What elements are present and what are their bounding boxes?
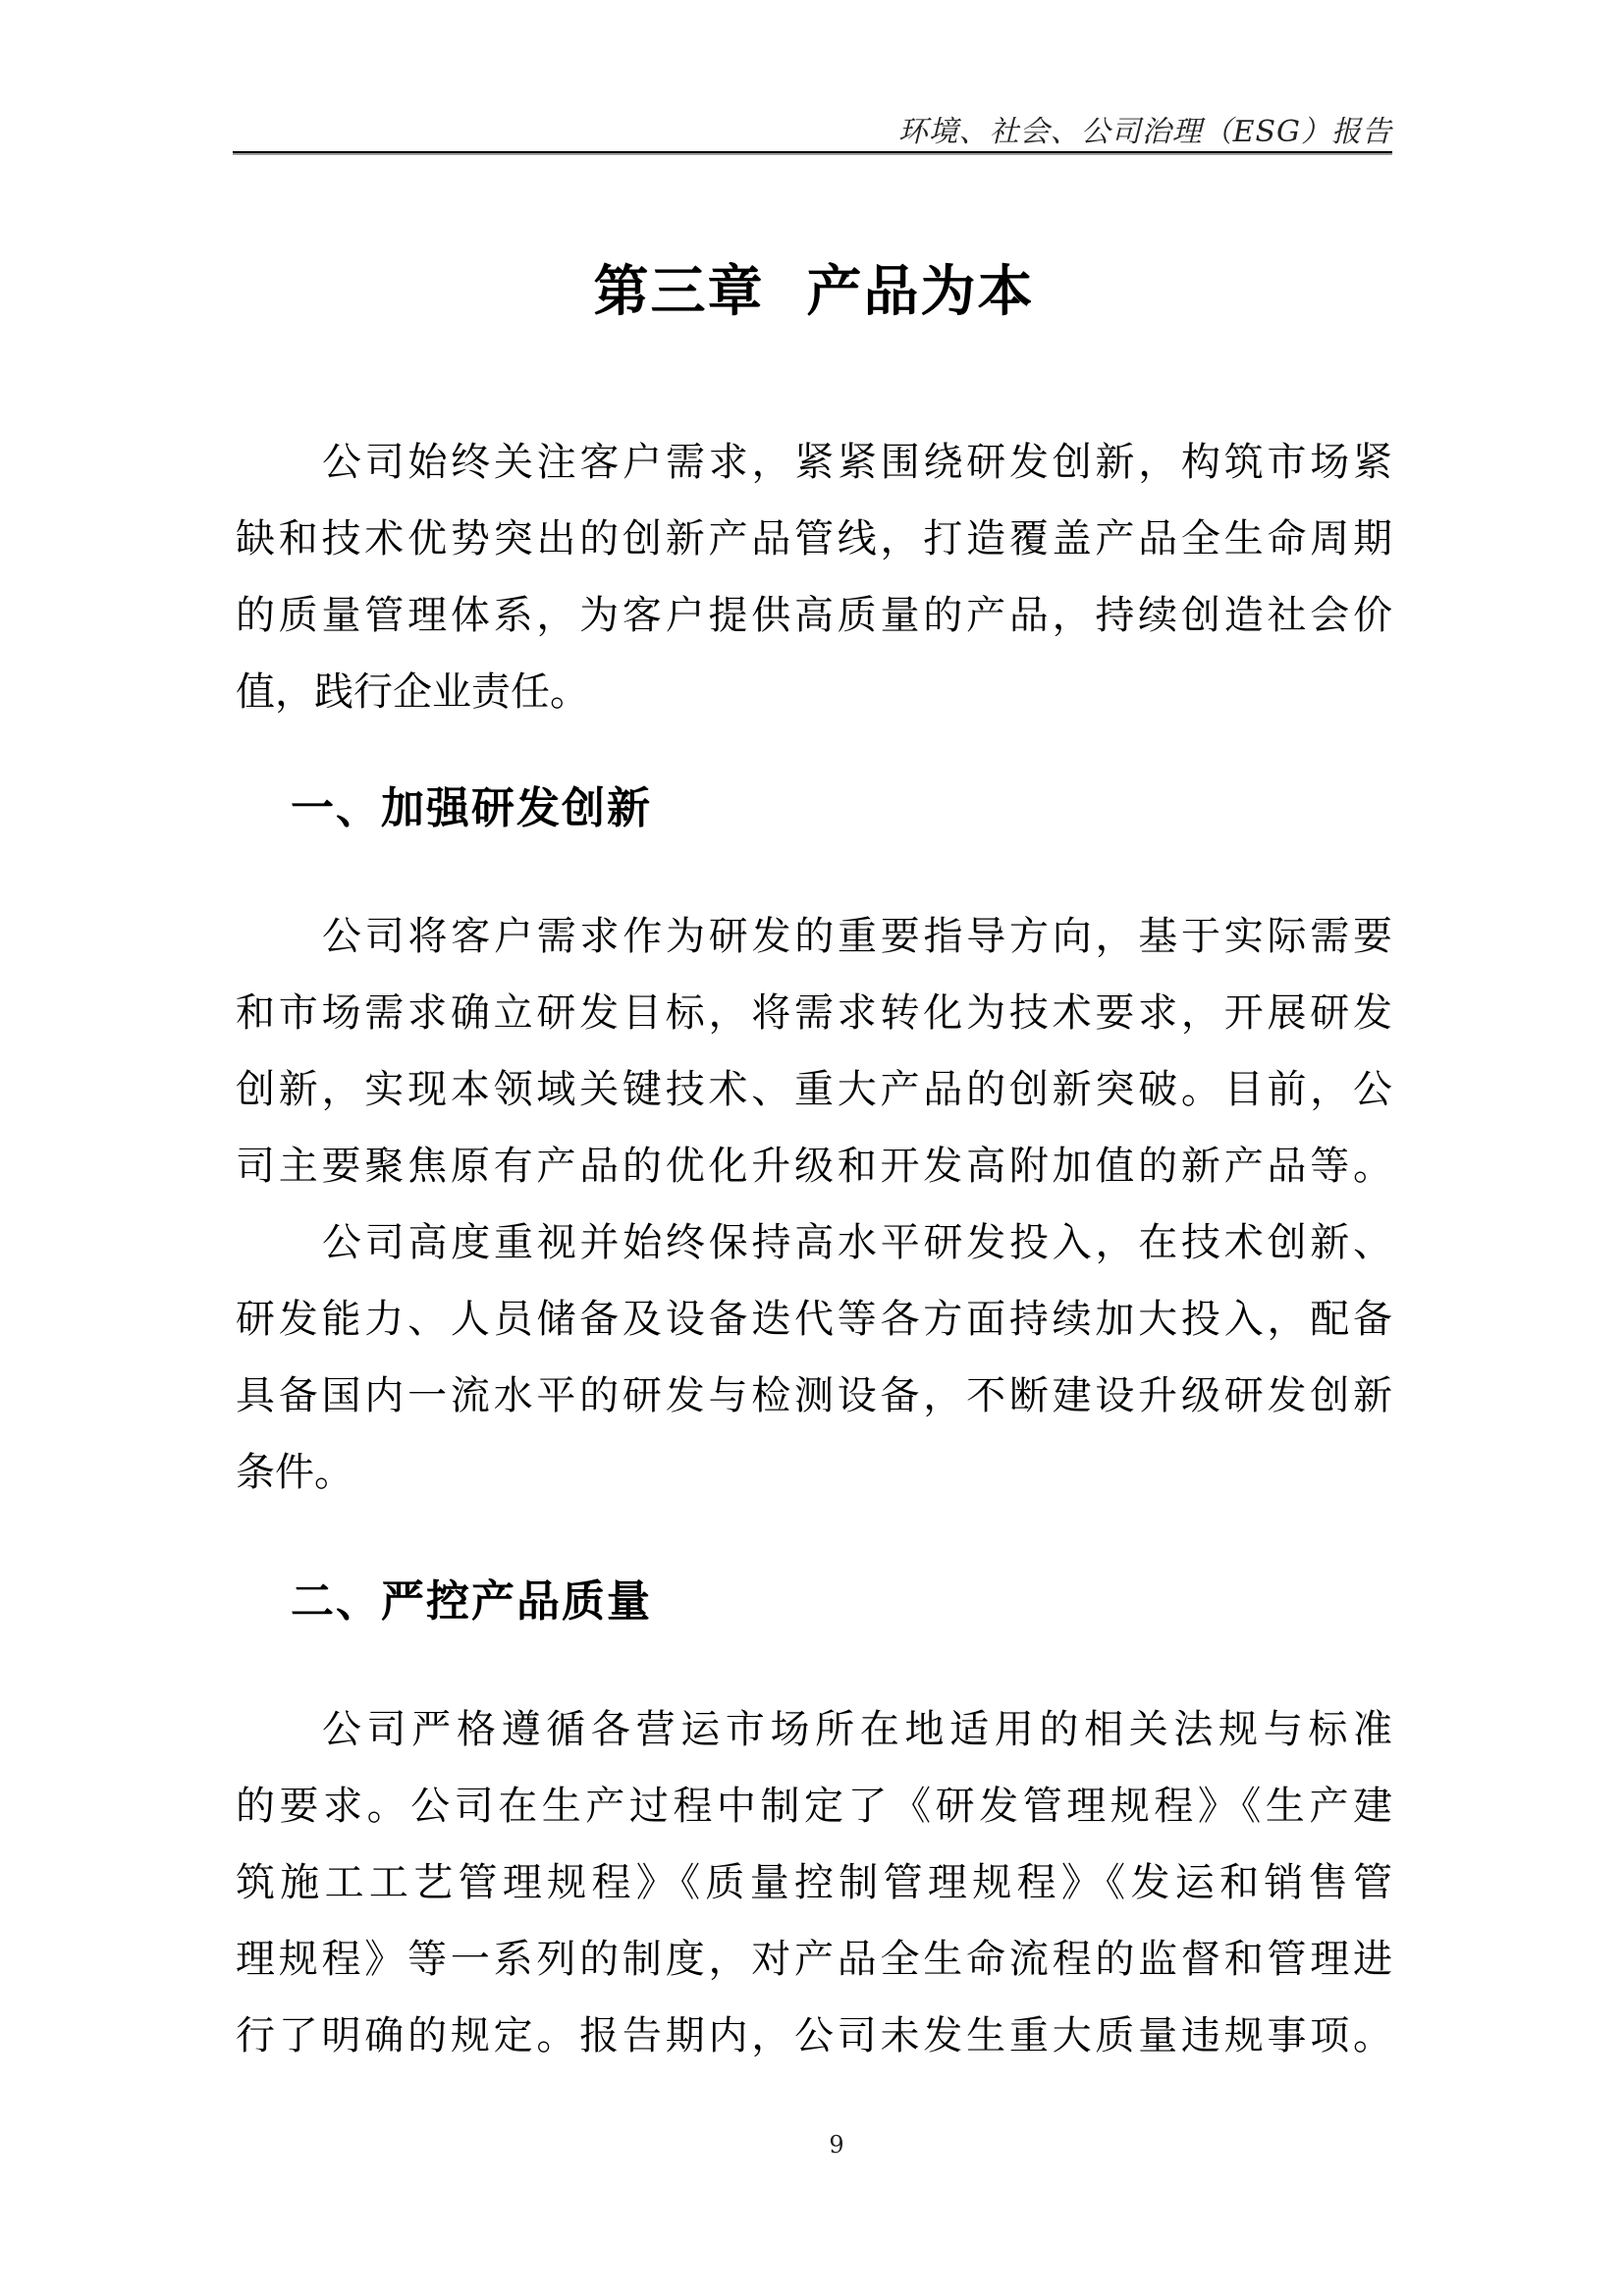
text-line: 具备国内一流水平的研发与检测设备，不断建设升级研发创新 — [236, 1358, 1392, 1434]
text-line: 行了明确的规定。报告期内，公司未发生重大质量违规事项。 — [236, 1998, 1392, 2074]
text-line: 创新，实现本领域关键技术、重大产品的创新突破。目前，公 — [236, 1051, 1392, 1128]
text-line: 研发能力、人员储备及设备迭代等各方面持续加大投入，配备 — [236, 1281, 1392, 1358]
text-line: 公司始终关注客户需求，紧紧围绕研发创新，构筑市场紧 — [236, 424, 1392, 501]
section-paragraph: 公司严格遵循各营运市场所在地适用的相关法规与标准 的要求。公司在生产过程中制定了… — [236, 1691, 1392, 2074]
page-number: 9 — [0, 2130, 1624, 2160]
section-paragraph: 公司高度重视并始终保持高水平研发投入，在技术创新、 研发能力、人员储备及设备迭代… — [236, 1204, 1392, 1511]
text-line: 条件。 — [236, 1434, 1392, 1511]
text-line: 公司将客户需求作为研发的重要指导方向，基于实际需要 — [236, 898, 1392, 975]
text-line: 司主要聚焦原有产品的优化升级和开发高附加值的新产品等。 — [236, 1128, 1392, 1204]
section-heading-rd-innovation: 一、加强研发创新 — [291, 780, 652, 837]
text-line: 公司严格遵循各营运市场所在地适用的相关法规与标准 — [236, 1691, 1392, 1768]
running-title: 环境、社会、公司治理（ESG）报告 — [898, 116, 1392, 149]
text-line: 缺和技术优势突出的创新产品管线，打造覆盖产品全生命周期 — [236, 501, 1392, 577]
intro-paragraph: 公司始终关注客户需求，紧紧围绕研发创新，构筑市场紧 缺和技术优势突出的创新产品管… — [236, 424, 1392, 730]
text-line: 和市场需求确立研发目标，将需求转化为技术要求，开展研发 — [236, 975, 1392, 1051]
text-line: 公司高度重视并始终保持高水平研发投入，在技术创新、 — [236, 1204, 1392, 1281]
text-line: 筑施工工艺管理规程》《质量控制管理规程》《发运和销售管 — [236, 1844, 1392, 1921]
text-line: 值，践行企业责任。 — [236, 654, 1392, 730]
chapter-title: 第三章 产品为本 — [236, 257, 1392, 328]
section-paragraph: 公司将客户需求作为研发的重要指导方向，基于实际需要 和市场需求确立研发目标，将需… — [236, 898, 1392, 1204]
text-line: 的质量管理体系，为客户提供高质量的产品，持续创造社会价 — [236, 577, 1392, 654]
text-line: 理规程》等一系列的制度，对产品全生命流程的监督和管理进 — [236, 1921, 1392, 1998]
page-header: 环境、社会、公司治理（ESG）报告 — [233, 116, 1392, 153]
section-heading-quality-control: 二、严控产品质量 — [291, 1574, 652, 1630]
text-line: 的要求。公司在生产过程中制定了《研发管理规程》《生产建 — [236, 1768, 1392, 1844]
